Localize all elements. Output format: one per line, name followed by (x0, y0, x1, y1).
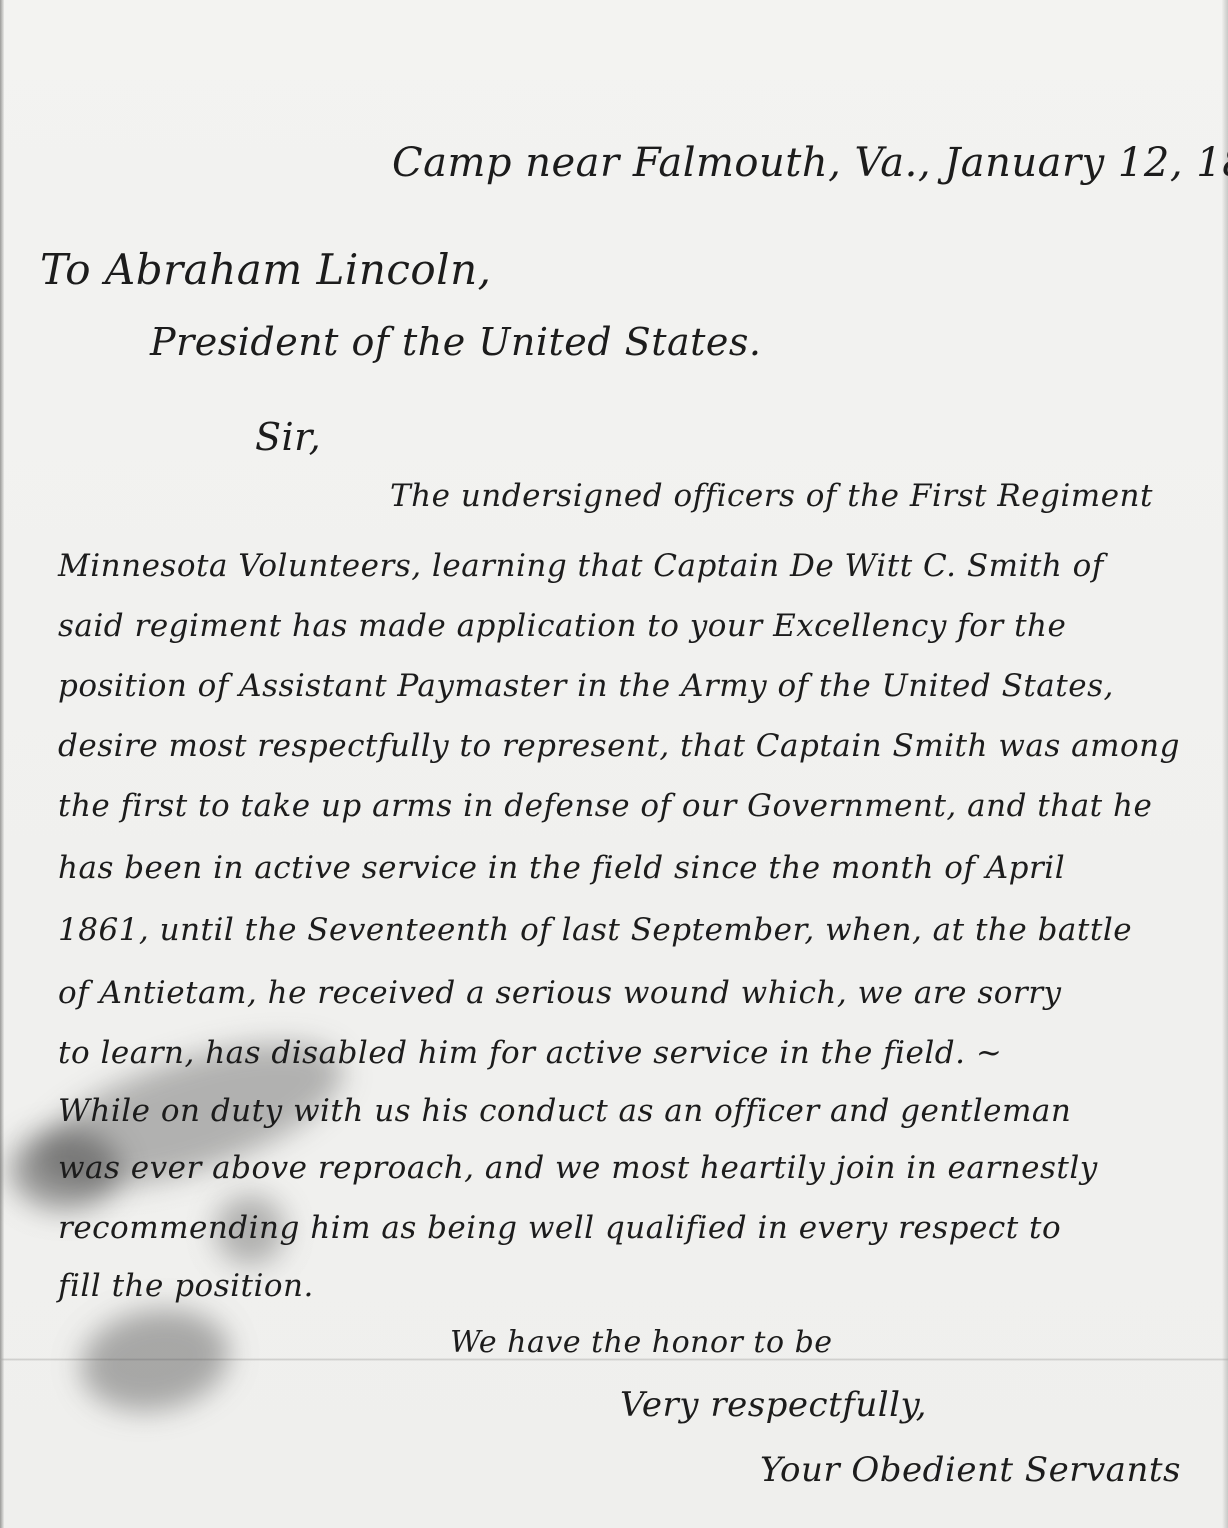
body-line: to learn, has disabled him for active se… (58, 1035, 1002, 1071)
body-line: recommending him as being well qualified… (58, 1210, 1061, 1246)
dateline: Camp near Falmouth, Va., January 12, 186… (392, 140, 1228, 186)
body-line: position of Assistant Paymaster in the A… (58, 668, 1114, 704)
ink-stain (72, 1298, 237, 1423)
body-line: has been in active service in the field … (58, 850, 1065, 886)
closing-signature-line: Your Obedient Servants (760, 1450, 1181, 1490)
body-line: desire most respectfully to represent, t… (58, 728, 1180, 764)
addressee-name: To Abraham Lincoln, (40, 245, 492, 294)
closing-line: Very respectfully, (620, 1385, 927, 1425)
body-line: said regiment has made application to yo… (58, 608, 1066, 644)
body-line: of Antietam, he received a serious wound… (58, 975, 1062, 1011)
closing-line: We have the honor to be (450, 1325, 833, 1360)
body-line: 1861, until the Seventeenth of last Sept… (58, 912, 1132, 948)
body-line: the first to take up arms in defense of … (58, 788, 1152, 824)
body-line: The undersigned officers of the First Re… (390, 478, 1153, 514)
body-line: was ever above reproach, and we most hea… (58, 1150, 1098, 1186)
body-line: Minnesota Volunteers, learning that Capt… (58, 548, 1104, 584)
page-edge-right (1222, 0, 1228, 1528)
salutation: Sir, (255, 415, 321, 459)
letter-page: Camp near Falmouth, Va., January 12, 186… (0, 0, 1228, 1528)
addressee-title: President of the United States. (150, 320, 761, 364)
page-edge-left (0, 0, 4, 1528)
body-line: fill the position. (58, 1268, 314, 1304)
body-line: While on duty with us his conduct as an … (58, 1093, 1071, 1129)
